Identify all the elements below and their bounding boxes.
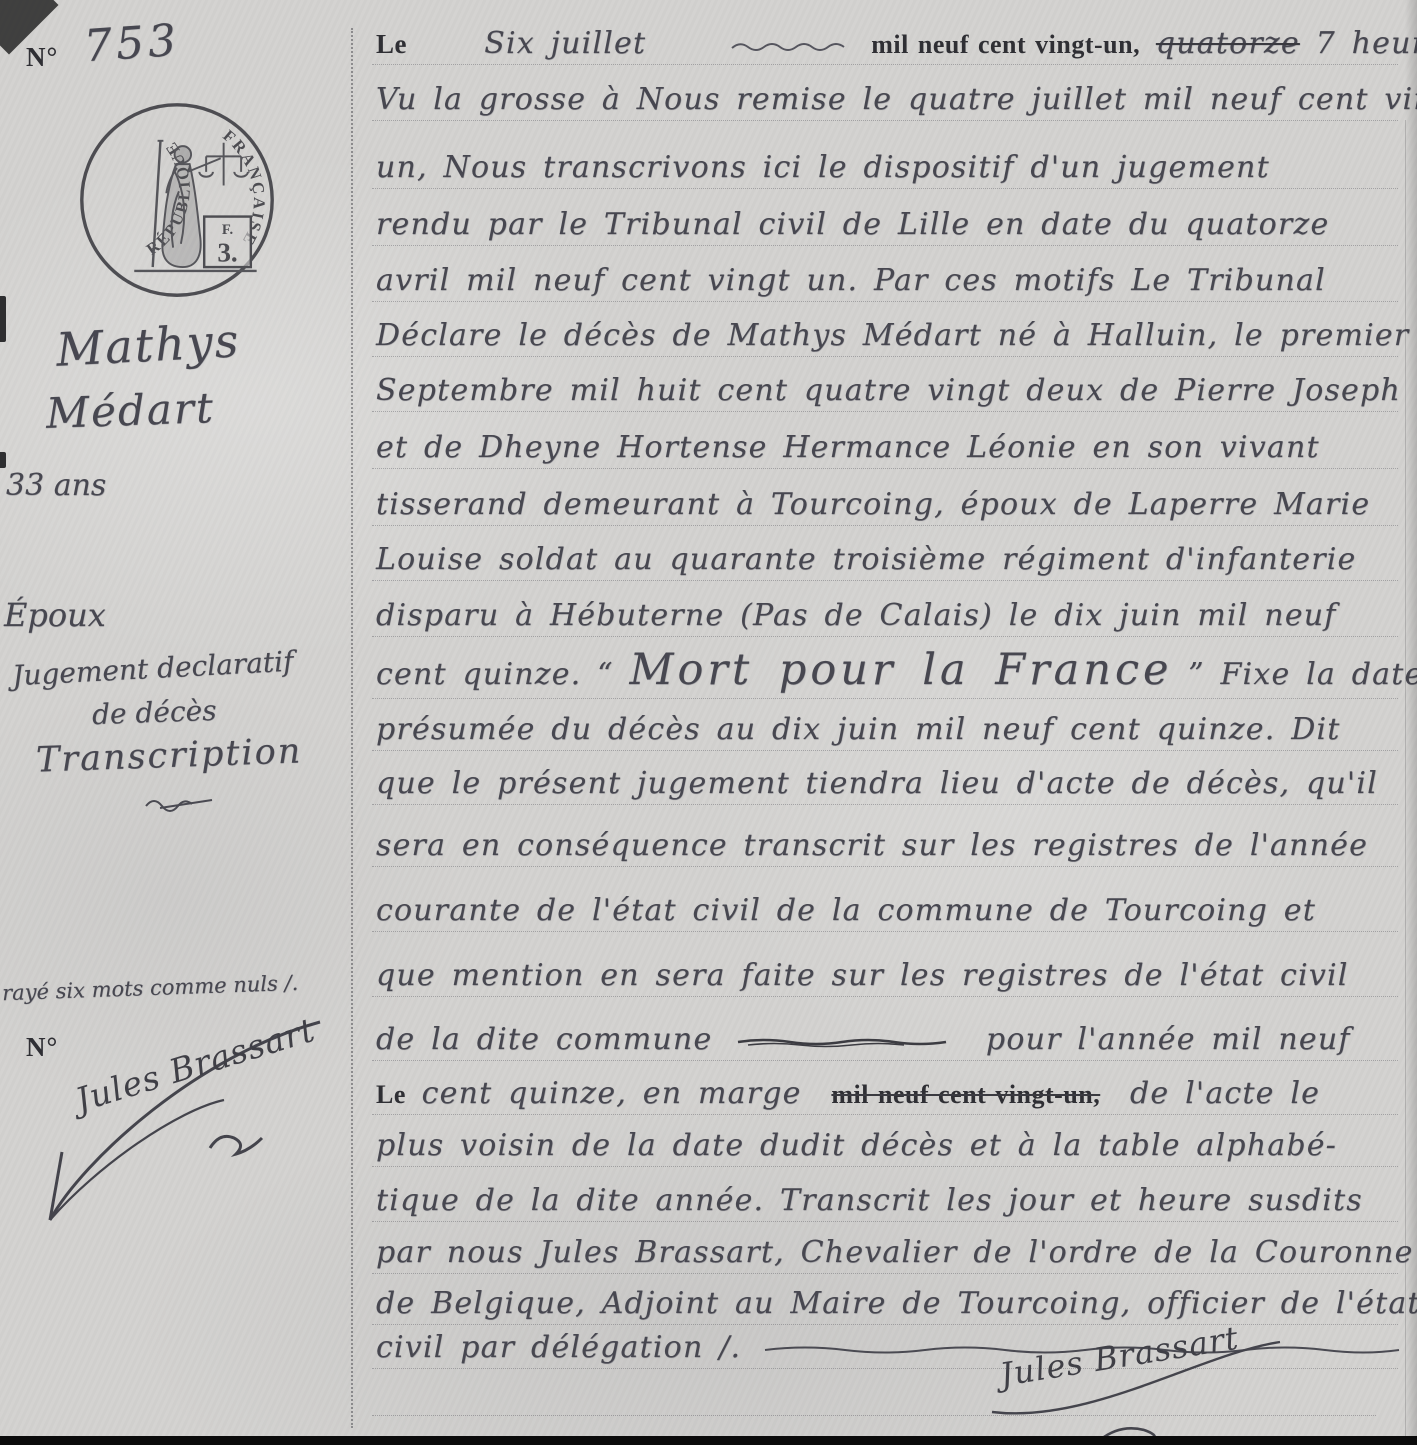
act-body: Le Six juillet mil neuf cent vingt-un, q… (372, 0, 1410, 1445)
republique-francaise-seal: RÉPUBLIQUE FRANÇAISE F. (70, 100, 284, 304)
margin-surname: Mathys (55, 313, 242, 377)
death-act-transcription-page: N° 753 RÉPUBLIQUE FRANÇAISE (0, 0, 1417, 1445)
mort-pour-la-france-phrase: Mort pour la France (629, 645, 1172, 695)
margin-signature: Jules Brassart (28, 1000, 348, 1235)
body-line: Septembre mil huit cent quatre vingt deu… (372, 373, 1398, 412)
margin-act-title-3: Transcription (35, 731, 302, 780)
body-line: que le présent jugement tiendra lieu d'a… (372, 766, 1398, 805)
body-line: que mention en sera faite sur les regist… (372, 958, 1398, 997)
printed-year: mil neuf cent vingt-un, (871, 30, 1140, 59)
mort-pour-la-france-line: cent quinze. “ Mort pour la France ” Fix… (372, 645, 1398, 699)
closing-line-text: civil par délégation /. (376, 1330, 741, 1365)
body-line: tisserand demeurant à Tourcoing, époux d… (372, 487, 1398, 526)
body-line: présumée du décès au dix juin mil neuf c… (372, 712, 1398, 751)
marge-line-hw2: de l'acte le (1130, 1076, 1320, 1111)
body-line: Vu la grosse à Nous remise le quatre jui… (372, 82, 1398, 121)
scan-edge-mark (0, 296, 6, 342)
act-number-label: N° (26, 42, 58, 73)
seal-denomination: F. 3. (204, 217, 251, 268)
scan-right-fold-line (1405, 120, 1406, 1445)
mort-line-pre: cent quinze. “ (376, 657, 614, 692)
date-fill-in: Six juillet (423, 26, 708, 61)
margin-act-title-1: Jugement declaratif (11, 645, 294, 693)
printed-le-2: Le (376, 1080, 406, 1109)
body-line: Déclare le décès de Mathys Médart né à H… (372, 318, 1398, 357)
body-line: disparu à Hébuterne (Pas de Calais) le d… (372, 598, 1398, 637)
scan-edge-mark (0, 452, 6, 468)
ink-filler-dash (734, 1035, 964, 1049)
margin-age: 33 ans (6, 468, 106, 503)
officer-signature: Jules Brassart (950, 1312, 1380, 1442)
scan-right-edge-shadow (1405, 0, 1417, 1445)
act-number-value: 753 (82, 15, 181, 73)
marge-line-hw1: cent quinze, en marge (422, 1076, 802, 1111)
time-fill-in: 7 heures (1316, 26, 1417, 61)
body-line: et de Dheyne Hortense Hermance Léonie en… (372, 430, 1398, 469)
commune-line-pre: de la dite commune (376, 1022, 712, 1057)
commune-line: de la dite commune pour l'année mil neuf (372, 1022, 1398, 1061)
officer-signature-name: Jules Brassart (991, 1319, 1241, 1395)
body-line: par nous Jules Brassart, Chevalier de l'… (372, 1235, 1398, 1274)
margin-firstname: Médart (45, 383, 215, 438)
margin-signature-name: Jules Brassart (65, 1010, 320, 1122)
seal-denom-value: 3. (217, 237, 237, 267)
opening-line: Le Six juillet mil neuf cent vingt-un, q… (372, 26, 1398, 65)
marge-line: Le cent quinze, en marge mil neuf cent v… (372, 1076, 1398, 1115)
mort-line-post: ” Fixe la date (1188, 657, 1417, 692)
body-line: Louise soldat au quarante troisième régi… (372, 542, 1398, 581)
scan-bottom-edge (0, 1436, 1417, 1445)
ink-squiggle (730, 39, 850, 53)
struck-time-word: quatorze (1156, 26, 1300, 61)
seal-denom-top: F. (222, 222, 233, 238)
body-line: sera en conséquence transcrit sur les re… (372, 828, 1398, 867)
body-line: avril mil neuf cent vingt un. Par ces mo… (372, 263, 1398, 302)
struck-printed-year: mil neuf cent vingt-un, (831, 1080, 1100, 1109)
margin-marital-status: Époux (4, 596, 106, 634)
body-line: rendu par le Tribunal civil de Lille en … (372, 207, 1398, 246)
body-line: tique de la dite année. Transcrit les jo… (372, 1183, 1398, 1222)
printed-le: Le (376, 29, 407, 59)
commune-line-post: pour l'année mil neuf (986, 1022, 1351, 1057)
body-line: un, Nous transcrivons ici le dispositif … (372, 150, 1398, 189)
margin-flourish-mark (142, 792, 230, 816)
body-line: courante de l'état civil de la commune d… (372, 893, 1398, 932)
margin-act-title-2: de décès (91, 694, 217, 731)
margin-separator-rule (351, 28, 353, 1428)
body-line: plus voisin de la date dudit décès et à … (372, 1128, 1398, 1167)
